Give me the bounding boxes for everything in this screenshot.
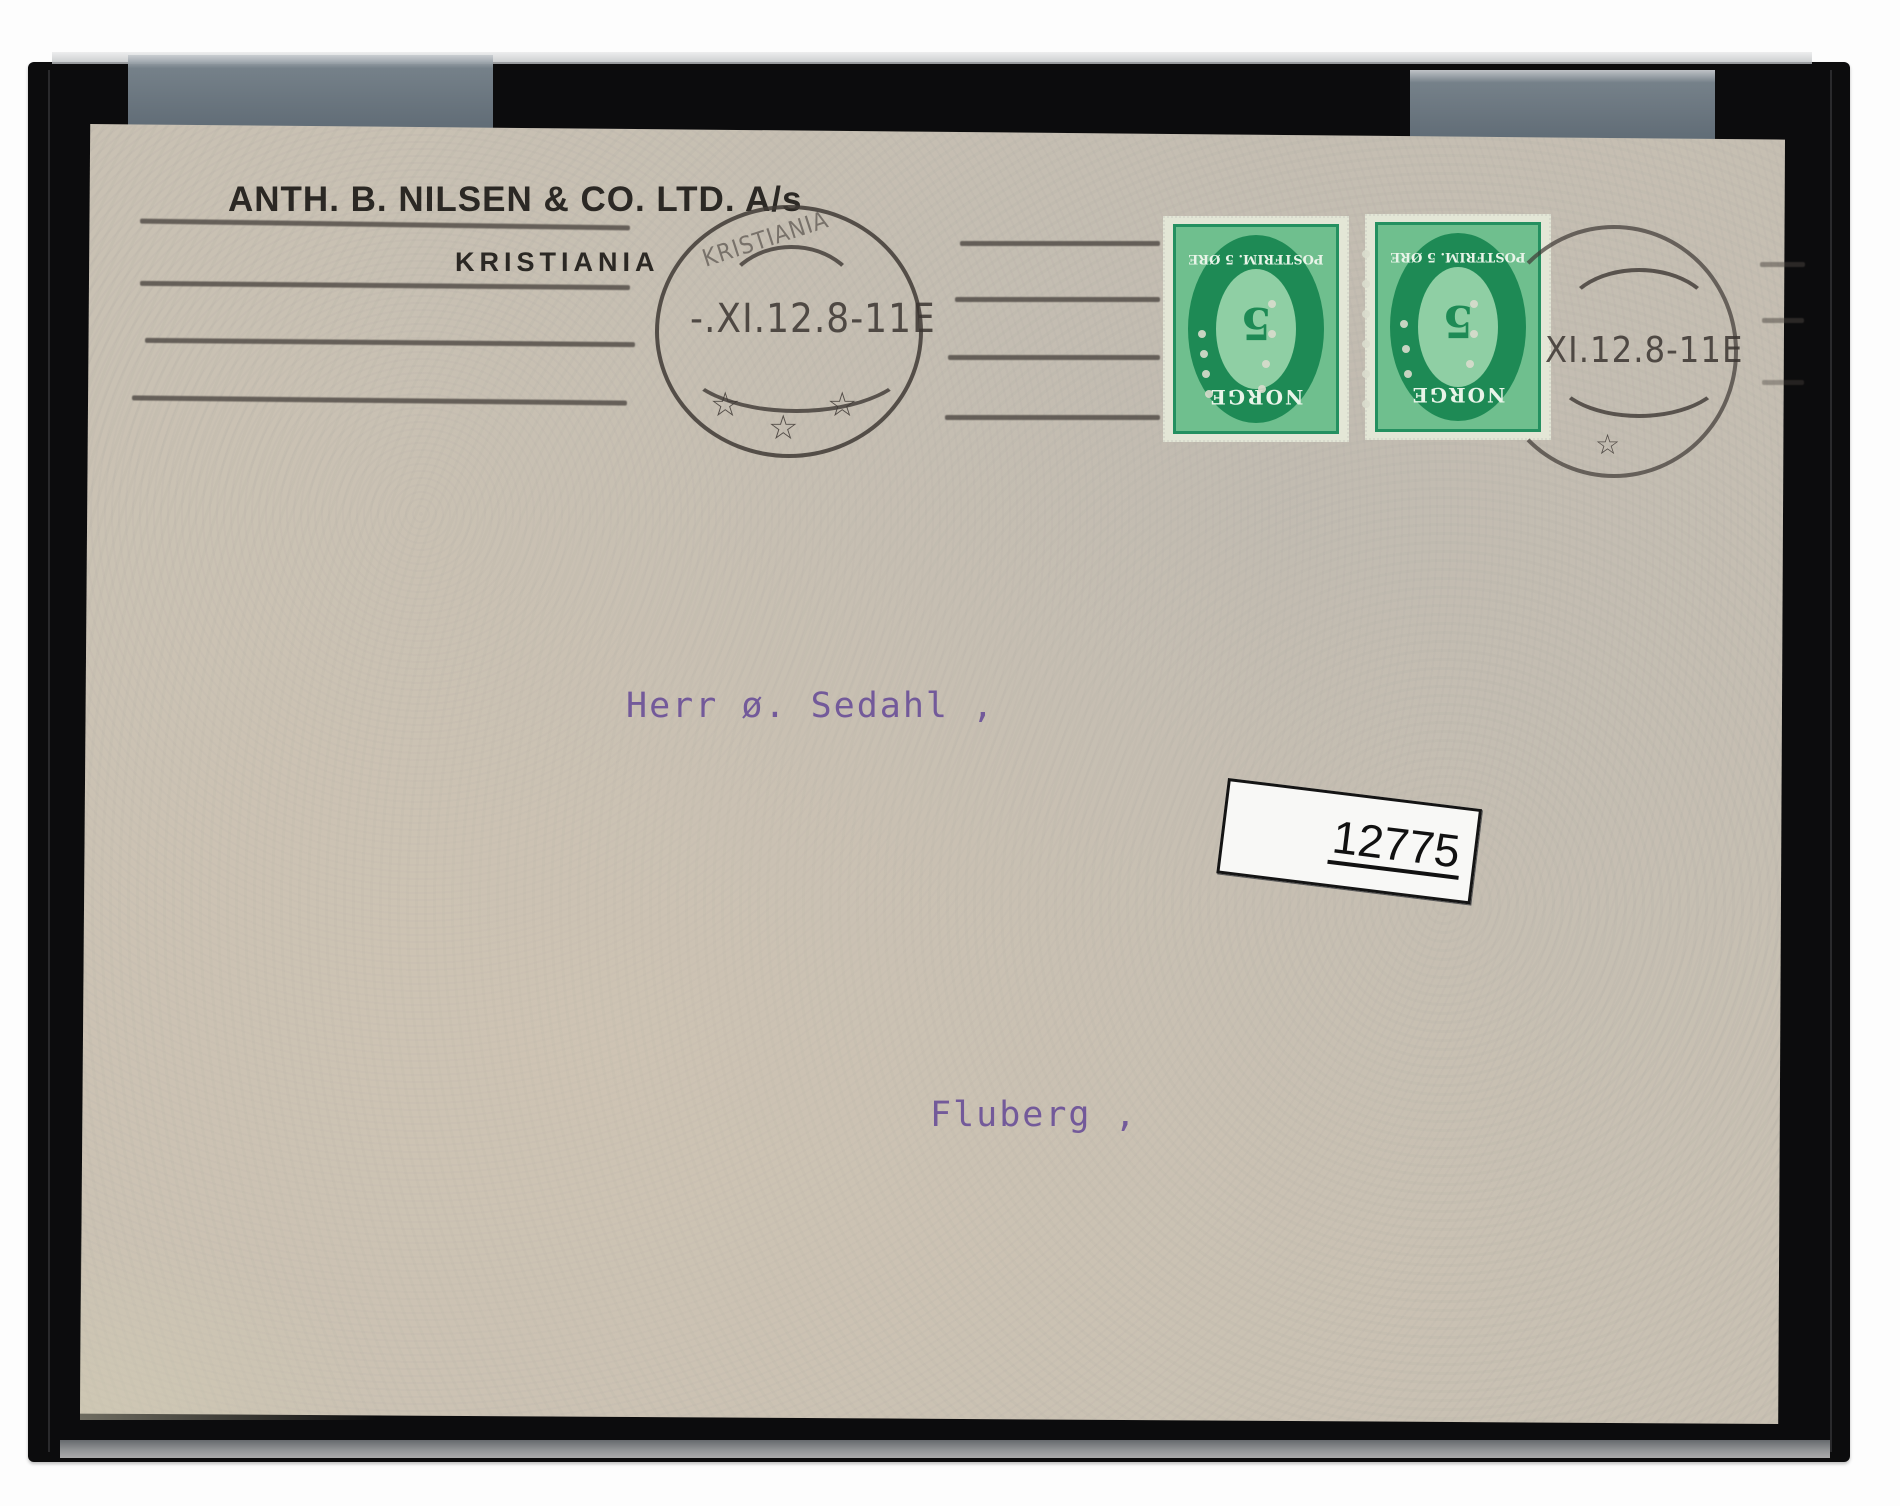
sender-city: KRISTIANIA <box>455 247 660 278</box>
inventory-number: 12775 <box>1327 812 1464 880</box>
postmark-star-icon: ☆ <box>1595 428 1620 461</box>
sender-company-name: ANTH. B. NILSEN & CO. LTD. A/s <box>228 180 802 220</box>
postmark-star-icon: ☆ <box>768 408 798 448</box>
stamp-value: 5 <box>1188 297 1324 348</box>
addressee-name: Herr ø. Sedahl , <box>626 686 995 726</box>
stamp-inscription: POSTFRIM. 5 ØRE <box>1390 249 1526 264</box>
stamp-norway-5-ore-1: 5 POSTFRIM. 5 ØRE NORGE <box>1163 216 1349 442</box>
clear-sleeve-bottom-edge <box>60 1440 1830 1458</box>
addressee-town: Fluberg , <box>930 1095 1138 1135</box>
stamp-inscription: POSTFRIM. 5 ØRE <box>1188 251 1324 266</box>
postmark-star-icon: ☆ <box>710 385 740 425</box>
postmark-star-icon: ☆ <box>827 385 857 425</box>
